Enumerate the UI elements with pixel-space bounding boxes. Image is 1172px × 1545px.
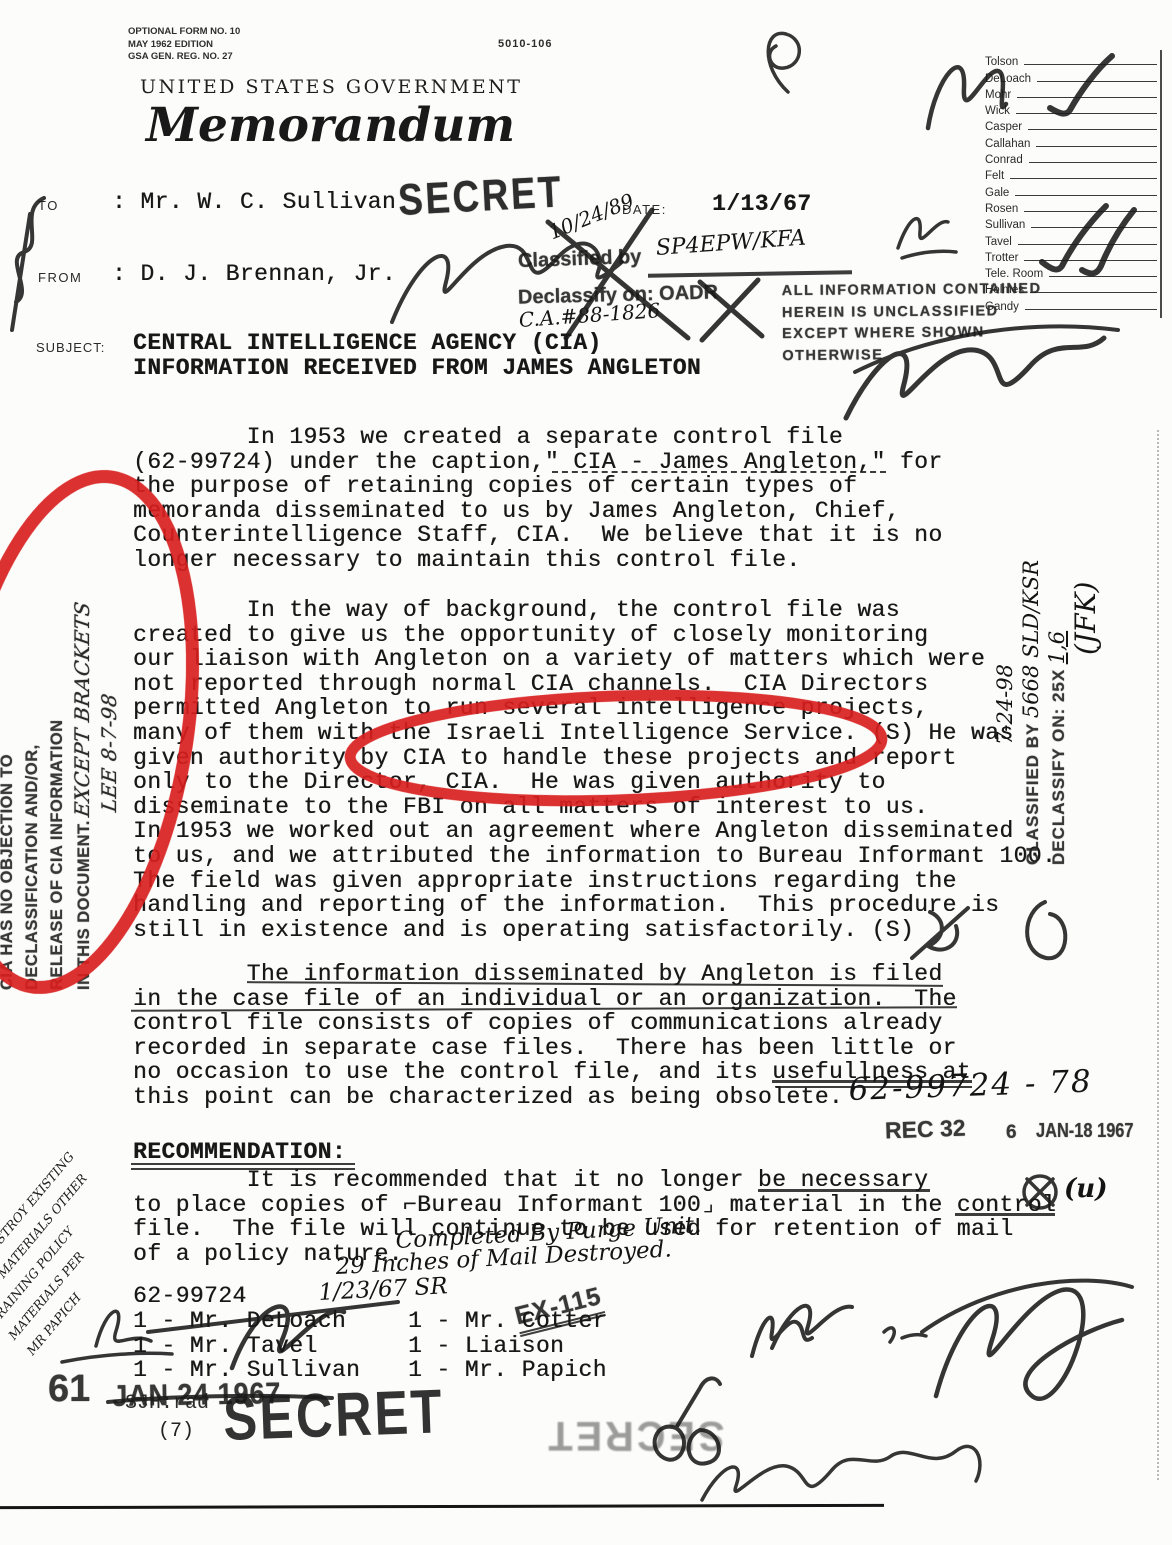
routing-name: Mohr — [985, 85, 1157, 101]
to-label: TO — [38, 198, 59, 213]
form-line: GSA GEN. REG. NO. 27 — [128, 51, 240, 64]
bottom-signature — [936, 1289, 1122, 1398]
side-stamp-date-handwriting: 7-24-98 — [993, 425, 1017, 745]
secret-stamp-top: SECRET — [397, 167, 564, 226]
info-stamp-line: ALL INFORMATION CONTAINED — [782, 279, 1042, 303]
routing-name: Felt — [985, 166, 1157, 182]
form-line: MAY 1962 EDITION — [128, 39, 240, 52]
cc-entry: 1 - Mr. Tavel — [133, 1334, 360, 1359]
side-classified-by-label: CLASSIFIED BY — [1023, 723, 1042, 865]
body-line: control file consists of copies of commu… — [133, 1011, 971, 1036]
corner-doodle — [768, 33, 799, 92]
side-classified-by-value: 5668 SLD/KSR — [1019, 560, 1043, 718]
cia-stamp-line: DECLASSIFICATION AND/OR, — [20, 570, 45, 990]
rec-stamp: REC 32 — [885, 1115, 966, 1145]
date-value: 1/13/67 — [712, 192, 811, 217]
body-line: many of them with the Israeli Intelligen… — [133, 721, 1056, 746]
body-line: Counterintelligence Staff, CIA. We belie… — [133, 523, 943, 548]
cia-stamp-line: RELEASE OF CIA INFORMATION — [45, 570, 70, 990]
routing-name: Gale — [985, 182, 1157, 198]
date-received-stamp-61: 61 — [48, 1368, 90, 1411]
routing-name: Wick — [985, 101, 1157, 117]
from-value: : D. J. Brennan, Jr. — [112, 262, 396, 287]
form-info: OPTIONAL FORM NO. 10 MAY 1962 EDITION GS… — [128, 26, 240, 64]
to-value: : Mr. W. C. Sullivan — [112, 190, 396, 215]
body-line: still in existence and is operating sati… — [133, 918, 1056, 943]
body-line: created to give us the opportunity of cl… — [133, 623, 1056, 648]
margin-scribble — [12, 198, 44, 330]
page-edge-line — [1157, 430, 1159, 1480]
routing-name: Rosen — [985, 199, 1157, 215]
body-line: only to the Director, CIA. He was given … — [133, 770, 1056, 795]
secret-stamp-bottom: SECRET — [222, 1376, 445, 1455]
routing-name: Sullivan — [985, 215, 1157, 231]
body-line: this point can be characterized as being… — [133, 1085, 971, 1110]
subject-line-1: CENTRAL INTELLIGENCE AGENCY (CIA) — [133, 331, 602, 356]
routing-name: Tavel — [985, 231, 1157, 247]
bottom-scribble — [772, 1306, 852, 1348]
letterhead-org: UNITED STATES GOVERNMENT — [140, 76, 522, 98]
file-number: 62-99724 — [133, 1284, 247, 1309]
routing-name: Tele. Room — [985, 264, 1157, 280]
cia-stamp-line4-text: IN THIS DOCUMENT. — [75, 820, 93, 990]
paragraph-2: In the way of background, the control fi… — [133, 598, 1056, 942]
document-page: OPTIONAL FORM NO. 10 MAY 1962 EDITION GS… — [0, 0, 1172, 1545]
underline-caption — [552, 471, 886, 473]
body-line: longer necessary to maintain this contro… — [133, 548, 943, 573]
body-line: In 1953 we created a separate control fi… — [133, 425, 943, 450]
bottom-scribble — [884, 1328, 926, 1342]
body-line: In the way of background, the control fi… — [133, 598, 1056, 623]
info-stamp-line: EXCEPT WHERE SHOWN — [782, 322, 1042, 346]
cc-list-left: 1 - Mr. DeLoach1 - Mr. Tavel1 - Mr. Sull… — [133, 1309, 360, 1383]
routing-name: Trotter — [985, 248, 1157, 264]
rec-date-stamp: JAN-18 1967 — [1036, 1120, 1134, 1143]
cc-entry: 1 - Liaison — [408, 1334, 607, 1359]
side-declassify-value: 1,6 — [1045, 631, 1069, 664]
cia-stamp-line: IN THIS DOCUMENT. EXCEPT BRACKETS — [70, 570, 97, 990]
side-stamp-declassify-line: DECLASSIFY ON: 25X 1,6 — [1045, 425, 1069, 865]
cia-stamp-line: CIA HAS NO OBJECTION TO — [0, 570, 20, 990]
cc-entry: 1 - Mr. Cotter — [408, 1309, 607, 1334]
doc-type-title: Memorandum — [146, 98, 515, 153]
cc-list-right: 1 - Mr. Cotter1 - Liaison1 - Mr. Papich — [408, 1309, 607, 1383]
body-line: memoranda disseminated to us by James An… — [133, 499, 943, 524]
body-line: to us, and we attributed the information… — [133, 844, 1056, 869]
underline-be-necessary — [758, 1189, 930, 1192]
routing-divider-line — [1160, 50, 1162, 318]
routing-name: Conrad — [985, 150, 1157, 166]
body-line: handling and reporting of the informatio… — [133, 893, 1056, 918]
declassify-value: OADR — [659, 281, 718, 305]
cia-stamp-handwriting: EXCEPT BRACKETS — [70, 600, 95, 819]
rec-number-stamp: 6 — [1006, 1122, 1017, 1144]
info-stamp-line: OTHERWISE — [782, 343, 1042, 367]
u-mark-handwriting: (u) — [1064, 1174, 1108, 1204]
form-code: 5010-106 — [498, 38, 553, 50]
subject-label: SUBJECT: — [36, 340, 105, 355]
classified-by-handwriting: SP4EPW/KFA — [655, 226, 807, 261]
bottom-rule — [0, 1504, 884, 1509]
unclassified-info-stamp: ALL INFORMATION CONTAINED HEREIN IS UNCL… — [782, 279, 1043, 367]
info-stamp-line: HEREIN IS UNCLASSIFIED — [782, 300, 1042, 324]
body-line: to place copies of ⌐Bureau Informant 100… — [133, 1193, 1056, 1218]
body-line: the purpose of retaining copies of certa… — [133, 474, 943, 499]
side-declassify-label: DECLASSIFY ON: 25X — [1049, 669, 1068, 865]
classified-by-stamp: Classified by — [518, 246, 642, 273]
secret-stamp-inverted: SECRET — [540, 1412, 730, 1460]
form-line: OPTIONAL FORM NO. 10 — [128, 26, 240, 39]
routing-name: Tolson — [985, 52, 1157, 68]
body-line: given authority by CIA to handle these p… — [133, 746, 1056, 771]
classified-by-underline — [648, 270, 852, 278]
cia-stamp-signature: LEE 8-7-98 — [97, 570, 122, 814]
routing-name: Callahan — [985, 133, 1157, 149]
jfk-handwriting: (JFK) — [1069, 425, 1102, 655]
underline-control — [955, 1213, 1055, 1216]
body-line: disseminate to the FBI on all matters of… — [133, 795, 1056, 820]
cc-entry: 1 - Mr. DeLoach — [133, 1309, 360, 1334]
body-line: The field was given appropriate instruct… — [133, 869, 1056, 894]
side-stamp-classified-line: CLASSIFIED BY 5668 SLD/KSR — [1019, 425, 1043, 865]
cia-release-stamp: CIA HAS NO OBJECTION TO DECLASSIFICATION… — [0, 570, 145, 990]
bottom-signature-flourish — [922, 1281, 1132, 1332]
date-scribble — [898, 219, 956, 258]
routing-name: Casper — [985, 117, 1157, 133]
body-line: In 1953 we worked out an agreement where… — [133, 819, 1056, 844]
body-line: permitted Angleton to run several intell… — [133, 696, 1056, 721]
serial-number-handwriting: 62-99724 - 78 — [848, 1063, 1093, 1107]
body-line: not reported through normal CIA channels… — [133, 672, 1056, 697]
routing-name: DeLoach — [985, 68, 1157, 84]
body-line: recorded in separate case files. There h… — [133, 1036, 971, 1061]
paragraph-1: In 1953 we created a separate control fi… — [133, 425, 943, 573]
from-label: FROM — [38, 270, 82, 285]
bottom-scribble — [752, 1318, 812, 1356]
routing-list: TolsonDeLoachMohrWickCasperCallahanConra… — [985, 52, 1157, 313]
side-classification-stamp: 7-24-98 CLASSIFIED BY 5668 SLD/KSR DECLA… — [993, 425, 1133, 865]
body-line: our liaison with Angleton on a variety o… — [133, 647, 1056, 672]
copy-count: (7) — [158, 1420, 194, 1443]
purge-note-3: 1/23/67 SR — [318, 1273, 448, 1306]
bottom-cursive-scribble — [702, 1446, 980, 1500]
subject-line-2: INFORMATION RECEIVED FROM JAMES ANGLETON — [133, 356, 701, 381]
